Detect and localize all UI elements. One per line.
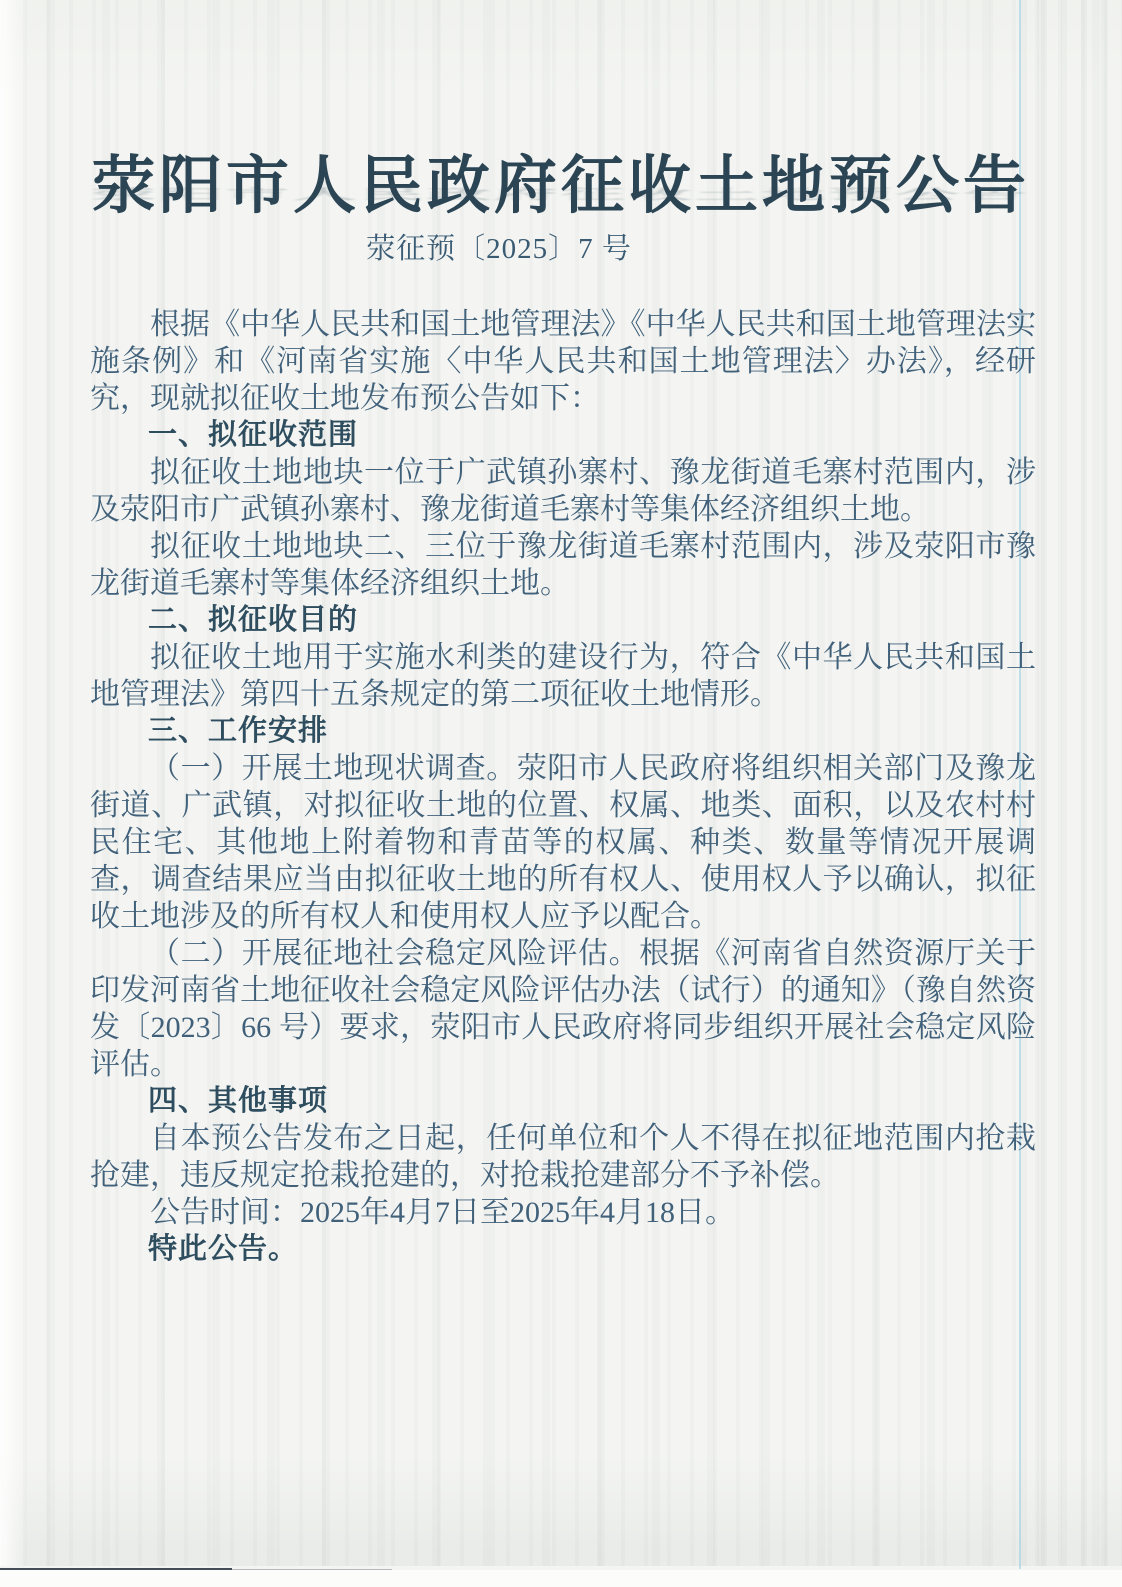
intro-paragraph: 根据《中华人民共和国土地管理法》《中华人民共和国土地管理法实施条例》和《河南省实… — [90, 306, 1036, 417]
document-page: 荥阳市人民政府征收土地预公告 荥阳市人民政府征收土地预公告 荥征预〔2025〕7… — [0, 0, 1122, 1587]
paragraph: 公告时间：2025年4月7日至2025年4月18日。 — [90, 1194, 1036, 1231]
closing-statement: 特此公告。 — [90, 1231, 1036, 1268]
document-body: 根据《中华人民共和国土地管理法》《中华人民共和国土地管理法实施条例》和《河南省实… — [90, 306, 1036, 1268]
paragraph: 拟征收土地地块一位于广武镇孙寨村、豫龙街道毛寨村范围内，涉及荥阳市广武镇孙寨村、… — [90, 454, 1036, 528]
section-heading-2: 二、拟征收目的 — [90, 602, 1036, 639]
section-heading-1: 一、拟征收范围 — [90, 417, 1036, 454]
document-title: 荥阳市人民政府征收土地预公告 — [0, 148, 1122, 224]
section-heading-4: 四、其他事项 — [90, 1083, 1036, 1120]
paragraph: 拟征收土地用于实施水利类的建设行为，符合《中华人民共和国土地管理法》第四十五条规… — [90, 639, 1036, 713]
paragraph: （二）开展征地社会稳定风险评估。根据《河南省自然资源厅关于印发河南省土地征收社会… — [90, 935, 1036, 1083]
paragraph: （一）开展土地现状调查。荥阳市人民政府将组织相关部门及豫龙街道、广武镇，对拟征收… — [90, 750, 1036, 935]
scan-background — [0, 1570, 1122, 1587]
section-heading-3: 三、工作安排 — [90, 713, 1036, 750]
paragraph: 自本预公告发布之日起，任何单位和个人不得在拟征地范围内抢栽抢建，违反规定抢栽抢建… — [90, 1120, 1036, 1194]
paragraph: 拟征收土地地块二、三位于豫龙街道毛寨村范围内，涉及荥阳市豫龙街道毛寨村等集体经济… — [90, 528, 1036, 602]
document-number: 荥征预〔2025〕7 号 — [0, 226, 1060, 267]
sections-container: 一、拟征收范围拟征收土地地块一位于广武镇孙寨村、豫龙街道毛寨村范围内，涉及荥阳市… — [90, 417, 1036, 1231]
